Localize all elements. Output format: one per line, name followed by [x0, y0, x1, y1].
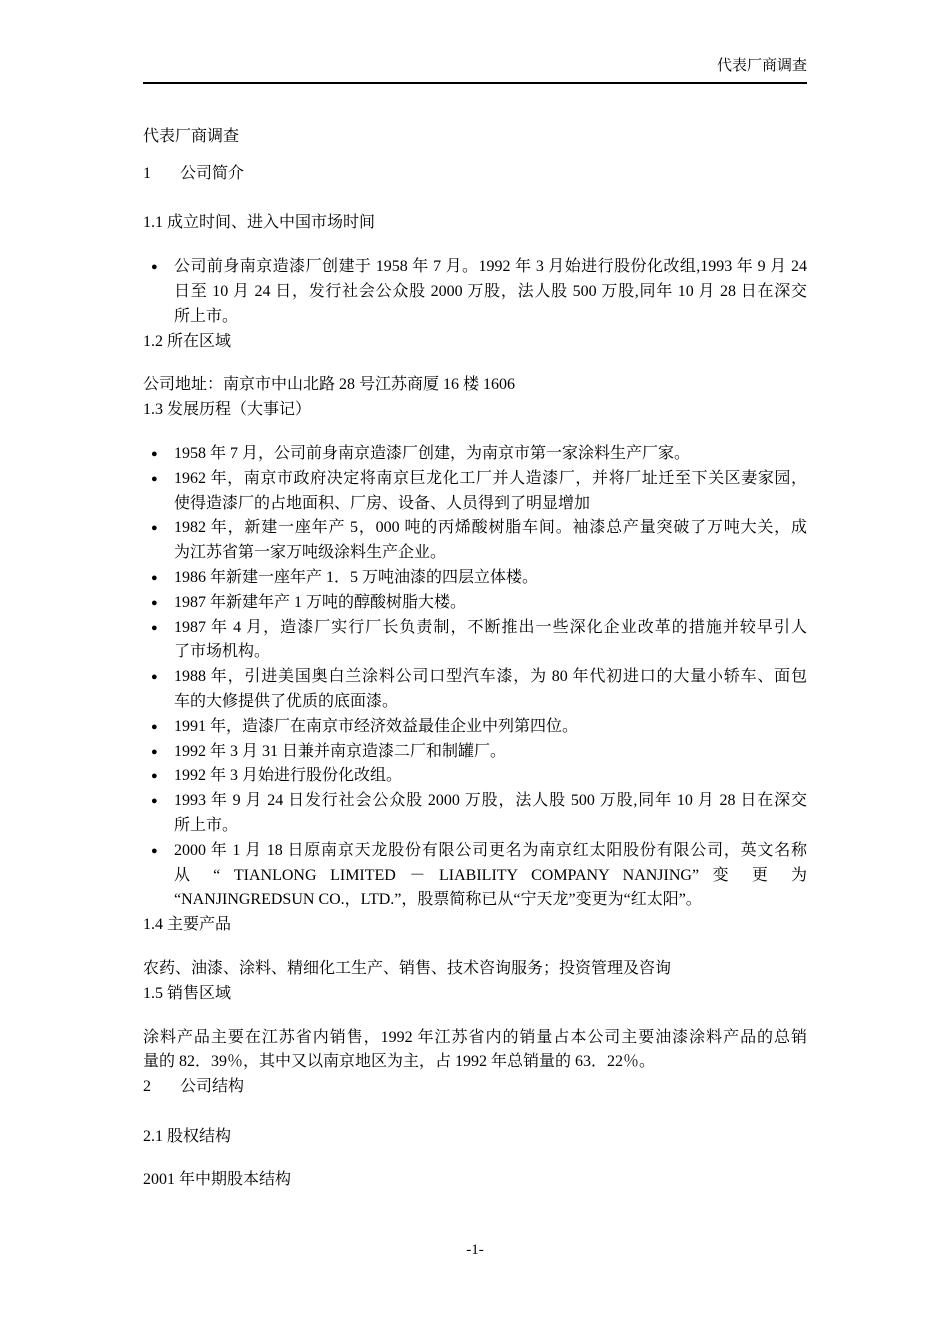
section-heading-1-3: 1.3 发展历程（大事记） — [143, 398, 807, 423]
bullet-item: ● 1992 年 3 月始进行股份化改组。 — [143, 764, 807, 789]
text-line: 使得造漆厂的占地面积、厂房、设备、人员得到了明显增加 — [174, 492, 807, 517]
blank-line — [143, 423, 807, 442]
heading-label: 公司结构 — [180, 1078, 244, 1095]
blank-line — [143, 187, 807, 212]
text-line: 2000 年 1 月 18 日原南京天龙股份有限公司更名为南京红太阳股份有限公司… — [174, 839, 807, 864]
text-line: 1987 年新建年产 1 万吨的醇酸树脂大楼。 — [174, 591, 807, 616]
paragraph-address: 公司地址：南京市中山北路 28 号江苏商厦 16 楼 1606 — [143, 373, 807, 398]
section-heading-1: 1公司简介 — [143, 162, 807, 187]
page-footer: -1- — [0, 1240, 950, 1260]
text-line: 公司前身南京造漆厂创建于 1958 年 7 月。1992 年 3 月始进行股份化… — [174, 255, 807, 280]
text-line: 1986 年新建一座年产 1．5 万吨油漆的四层立体楼。 — [174, 566, 807, 591]
section-heading-1-5: 1.5 销售区域 — [143, 982, 807, 1007]
bullet-item: ● 1987 年 4 月，造漆厂实行厂长负责制，不断推出一些深化企业改革的措施并… — [143, 616, 807, 666]
bullet-icon: ● — [151, 745, 158, 759]
bullet-icon: ● — [151, 260, 158, 274]
bullet-item: ● 1988 年，引进美国奥白兰涂料公司口型汽车漆，为 80 年代初进口的大量小… — [143, 665, 807, 715]
blank-line — [143, 236, 807, 255]
bullet-icon: ● — [151, 769, 158, 783]
blank-line — [143, 1100, 807, 1125]
section-heading-1-4: 1.4 主要产品 — [143, 913, 807, 938]
text-line: 为江苏省第一家万吨级涂料生产企业。 — [174, 541, 807, 566]
paragraph-products: 农药、油漆、涂料、精细化工生产、销售、技术咨询服务；投资管理及咨询 — [143, 957, 807, 982]
text-line: 了市场机构。 — [174, 640, 807, 665]
heading-number: 1 — [143, 162, 180, 187]
paragraph-sales: 涂料产品主要在江苏省内销售，1992 年江苏省内的销量占本公司主要油漆涂料产品的… — [143, 1026, 807, 1076]
blank-line — [143, 1007, 807, 1026]
text-line: 1987 年 4 月，造漆厂实行厂长负责制，不断推出一些深化企业改革的措施并较早… — [174, 616, 807, 641]
header-title: 代表厂商调查 — [717, 58, 807, 74]
bullet-icon: ● — [151, 447, 158, 461]
bullet-icon: ● — [151, 472, 158, 486]
bullet-item: ● 1958 年 7 月，公司前身南京造漆厂创建，为南京市第一家涂料生产厂家。 — [143, 442, 807, 467]
text-line: 1992 年 3 月 31 日兼并南京造漆二厂和制罐厂。 — [174, 740, 807, 765]
bullet-icon: ● — [151, 621, 158, 635]
text-line: 日至 10 月 24 日，发行社会公众股 2000 万股，法人股 500 万股,… — [174, 280, 807, 305]
text-line: 1993 年 9 月 24 日发行社会公众股 2000 万股，法人股 500 万… — [174, 789, 807, 814]
text-line: 所上市。 — [174, 814, 807, 839]
text-line: 涂料产品主要在江苏省内销售，1992 年江苏省内的销量占本公司主要油漆涂料产品的… — [143, 1026, 807, 1051]
paragraph-2001: 2001 年中期股本结构 — [143, 1168, 807, 1193]
bullet-icon: ● — [151, 670, 158, 684]
text-line: 1992 年 3 月始进行股份化改组。 — [174, 764, 807, 789]
text-line: 1958 年 7 月，公司前身南京造漆厂创建，为南京市第一家涂料生产厂家。 — [174, 442, 807, 467]
bullet-icon: ● — [151, 794, 158, 808]
text-line: 1991 年，造漆厂在南京市经济效益最佳企业中列第四位。 — [174, 715, 807, 740]
text-line: 量的 82．39％，其中又以南京地区为主，占 1992 年总销量的 63．22％… — [143, 1050, 807, 1075]
bullet-item: ● 1991 年，造漆厂在南京市经济效益最佳企业中列第四位。 — [143, 715, 807, 740]
bullet-item: ● 1993 年 9 月 24 日发行社会公众股 2000 万股，法人股 500… — [143, 789, 807, 839]
bullet-item: ● 1987 年新建年产 1 万吨的醇酸树脂大楼。 — [143, 591, 807, 616]
bullet-item: ● 1982 年，新建一座年产 5，000 吨的丙烯酸树脂车间。袖漆总产量突破了… — [143, 516, 807, 566]
section-heading-2-1: 2.1 股权结构 — [143, 1125, 807, 1150]
bullet-item: ● 1986 年新建一座年产 1．5 万吨油漆的四层立体楼。 — [143, 566, 807, 591]
text-line: 1962 年，南京市政府决定将南京巨龙化工厂并人造漆厂，并将厂址迁至下关区妻家园… — [174, 467, 807, 492]
blank-line — [143, 1149, 807, 1168]
bullet-item: ● 1992 年 3 月 31 日兼并南京造漆二厂和制罐厂。 — [143, 740, 807, 765]
heading-number: 2 — [143, 1075, 180, 1100]
text-line: 1982 年，新建一座年产 5，000 吨的丙烯酸树脂车间。袖漆总产量突破了万吨… — [174, 516, 807, 541]
text-line: 所上市。 — [174, 305, 807, 330]
heading-label: 公司简介 — [180, 165, 244, 182]
blank-line — [143, 354, 807, 373]
section-heading-1-2: 1.2 所在区域 — [143, 330, 807, 355]
doc-title: 代表厂商调查 — [143, 125, 807, 150]
text-line: “NANJINGREDSUN CO.，LTD.”，股票简称已从“宁天龙”变更为“… — [174, 888, 807, 913]
bullet-icon: ● — [151, 844, 158, 858]
text-line: 1988 年，引进美国奥白兰涂料公司口型汽车漆，为 80 年代初进口的大量小轿车… — [174, 665, 807, 690]
bullet-icon: ● — [151, 571, 158, 585]
section-heading-2: 2公司结构 — [143, 1075, 807, 1100]
bullet-item: ● 1962 年，南京市政府决定将南京巨龙化工厂并人造漆厂，并将厂址迁至下关区妻… — [143, 467, 807, 517]
page-header: 代表厂商调查 — [143, 56, 807, 84]
bullet-icon: ● — [151, 596, 158, 610]
page-number: -1- — [466, 1242, 484, 1258]
bullet-icon: ● — [151, 720, 158, 734]
document-body: 代表厂商调查 1公司简介 1.1 成立时间、进入中国市场时间 ● 公司前身南京造… — [143, 85, 807, 1193]
text-line: 从 “ TIANLONG LIMITED － LIABILITY COMPANY… — [174, 864, 807, 889]
bullet-icon: ● — [151, 521, 158, 535]
section-heading-1-1: 1.1 成立时间、进入中国市场时间 — [143, 211, 807, 236]
bullet-item: ● 2000 年 1 月 18 日原南京天龙股份有限公司更名为南京红太阳股份有限… — [143, 839, 807, 913]
bullet-item: ● 公司前身南京造漆厂创建于 1958 年 7 月。1992 年 3 月始进行股… — [143, 255, 807, 329]
text-line: 车的大修提供了优质的底面漆。 — [174, 690, 807, 715]
blank-line — [143, 938, 807, 957]
